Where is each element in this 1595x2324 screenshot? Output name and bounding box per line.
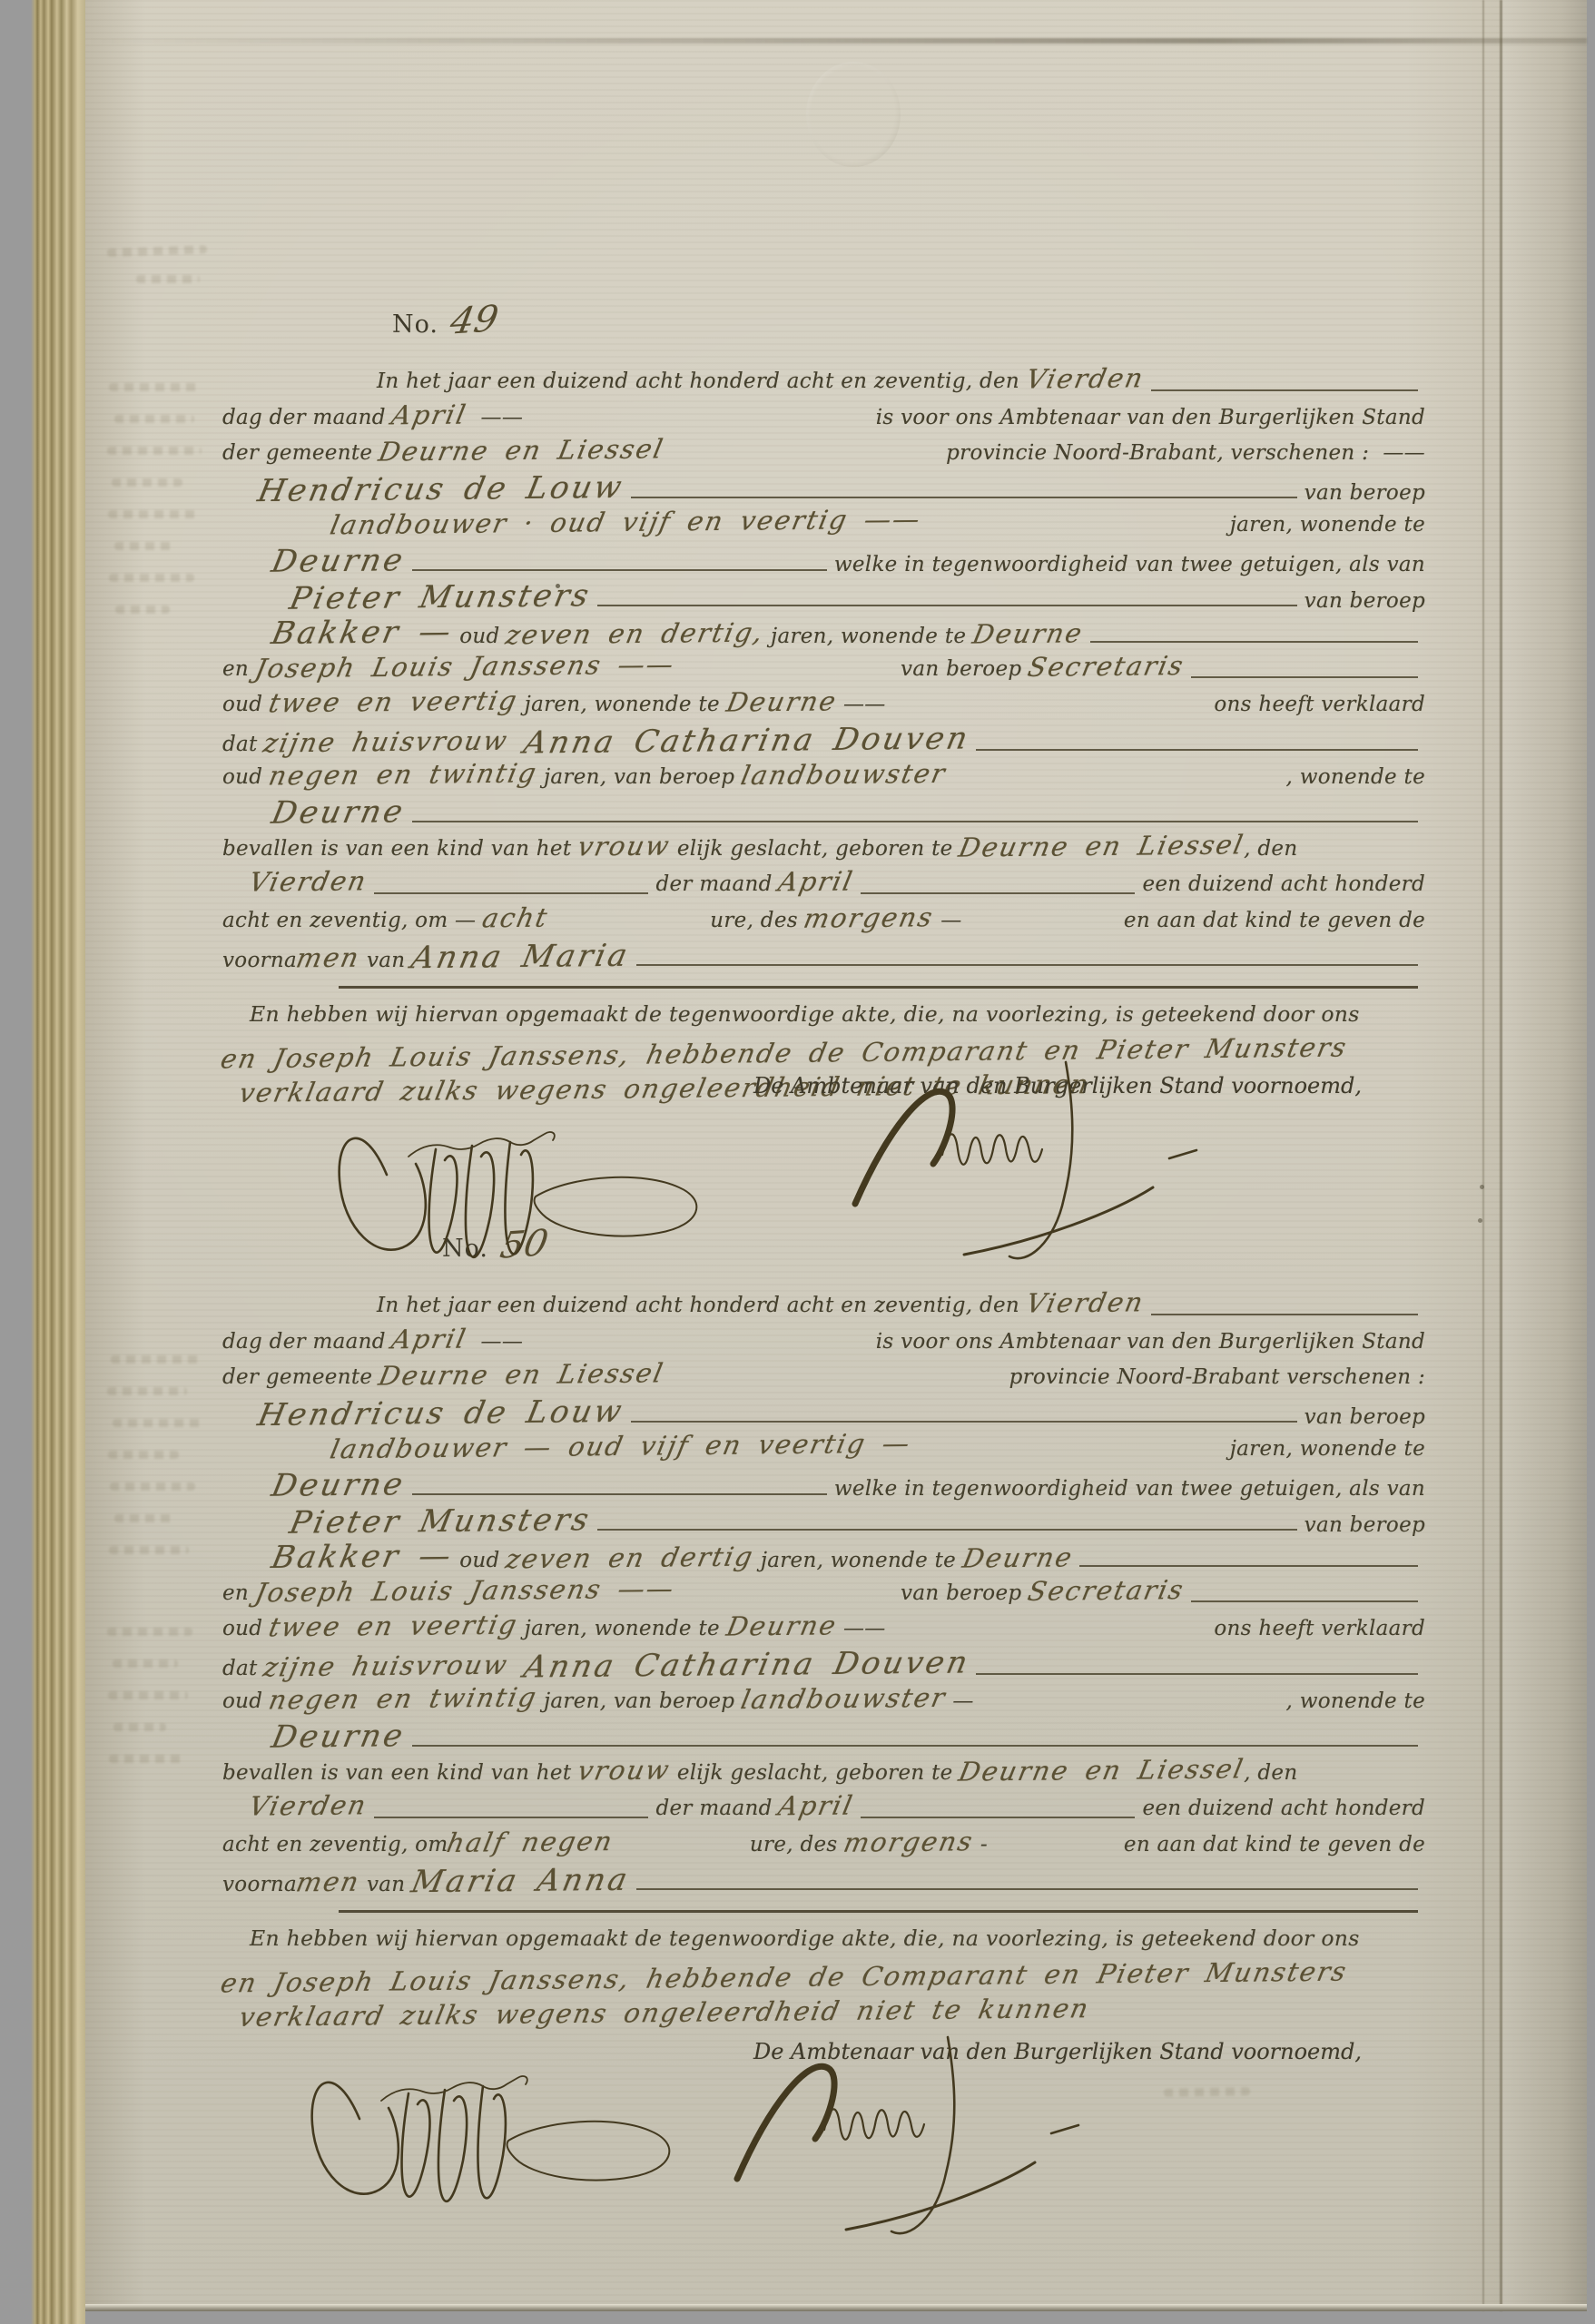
act-line: Vierdender maand Aprileen duizend acht h… [222, 1790, 1425, 1827]
ruled-fill [1090, 639, 1418, 643]
printed-text: voorna [222, 949, 297, 972]
handwritten-text: Deurne [269, 1466, 409, 1504]
act-line: der gemeente Deurne en Liesselprovincie … [222, 435, 1425, 471]
handwritten-text: en Joseph Louis Janssens, hebbende de Co… [218, 1955, 1350, 1998]
handwritten-text: morgens [842, 1826, 977, 1857]
printed-text: , den [1244, 1761, 1297, 1785]
act-line: en Joseph Louis Janssens ——van beroep Se… [222, 1575, 1425, 1611]
act-line: Hendricus de Louwvan beroep [222, 1395, 1425, 1432]
printed-text: van beroep [901, 657, 1029, 681]
handwritten-text: zijne huisvrouw [261, 1649, 527, 1682]
printed-text: van [359, 949, 412, 972]
handwritten-text: Deurne en Liessel [956, 829, 1247, 862]
act-line [331, 978, 1425, 992]
ruled-fill [1191, 1599, 1418, 1602]
handwritten-text: April [776, 866, 857, 898]
printed-text: bevallen is van een kind van het [222, 1761, 578, 1785]
printed-text: jaren, wonende te [1230, 1437, 1425, 1461]
printed-text: der gemeente [222, 1365, 379, 1389]
printed-text: der maand [655, 1797, 779, 1820]
bleed-through-mark [110, 1482, 195, 1491]
ruled-fill [1079, 1563, 1418, 1567]
bleed-through-mark [109, 1546, 189, 1554]
printed-text: en aan dat kind te geven de [1124, 909, 1425, 932]
handwritten-text: men [294, 1866, 363, 1897]
handwritten-text: Deurne [724, 686, 840, 718]
act-line: oud twee en veertig jaren, wonende te De… [222, 686, 1425, 723]
handwritten-text: landbouwster [738, 1681, 949, 1714]
ruled-fill [1151, 1312, 1418, 1315]
handwritten-text: Anna Maria [409, 937, 634, 975]
ruled-fill [339, 984, 1418, 989]
handwritten-text: Deurne en Liessel [956, 1753, 1247, 1787]
handwritten-text: negen en twintig [266, 757, 540, 791]
act-line: oud twee en veertig jaren, wonende te De… [222, 1610, 1425, 1647]
act-line: landbouwer — oud vijf en veertig —jaren,… [222, 1431, 1425, 1467]
ruled-fill [976, 747, 1418, 751]
registrar-signature-act50 [717, 2035, 1180, 2280]
handwritten-text: Deurne [970, 618, 1086, 650]
act-line: dag der maand April —— is voor ons Ambte… [222, 399, 1425, 436]
birth-act-49: No. 49 In het jaar een duizend acht hond… [222, 300, 1425, 1109]
printed-text: jaren, wonende te [517, 693, 726, 716]
handwritten-text: Anna Catharina Douven [520, 1644, 973, 1685]
handwritten-text: Hendricus de Louw [255, 469, 627, 509]
bleed-through-mark [107, 1628, 192, 1636]
printed-text: van beroep [1305, 589, 1425, 613]
printed-text: der gemeente [222, 441, 379, 465]
ruled-fill [861, 1815, 1135, 1818]
printed-text: — [934, 909, 962, 932]
bleed-through-mark [114, 415, 194, 423]
handwritten-text: Secretaris [1025, 1574, 1187, 1607]
printed-text: jaren, wonende te [1230, 513, 1425, 537]
act-number-value: 49 [448, 298, 502, 342]
act-line: voornamen van Anna Maria [222, 939, 1425, 975]
act-line: Hendricus de Louwvan beroep [222, 471, 1425, 507]
ruled-fill [1151, 388, 1418, 391]
handwritten-text: Joseph Louis Janssens —— [252, 648, 678, 684]
printed-text: , wonende te [1286, 765, 1426, 789]
handwritten-text: Deurne [269, 1718, 409, 1756]
printed-text: oud [222, 1689, 270, 1713]
printed-text: , wonende te [1286, 1689, 1426, 1713]
handwritten-text: Hendricus de Louw [255, 1393, 627, 1433]
printed-text: welke in tegenwoordigheid van twee getui… [834, 553, 1425, 576]
printed-text: dag der maand [222, 1330, 392, 1354]
ruled-fill [861, 891, 1135, 894]
printed-text: der maand [655, 872, 779, 896]
printed-text: dag der maand [222, 406, 392, 429]
act-line: dag der maand April —— is voor ons Ambte… [222, 1324, 1425, 1360]
act-number-label: No. [392, 310, 438, 339]
paper-blemish [1478, 1218, 1482, 1223]
printed-text: een duizend acht honderd [1142, 1797, 1425, 1820]
handwritten-text: twee en veertig [266, 1610, 521, 1643]
act-line: oud negen en twintig jaren, van beroep l… [222, 1683, 1425, 1719]
printed-text: —— [467, 1330, 529, 1354]
handwritten-text: Bakker — [269, 1538, 457, 1576]
printed-text: In het jaar een duizend acht honderd ach… [377, 369, 1027, 393]
bleed-through-mark [112, 478, 182, 487]
handwritten-text: Deurne en Liessel [376, 434, 667, 468]
printed-text: ure, des [710, 909, 804, 932]
handwritten-text: Bakker — [269, 614, 457, 652]
handwritten-text: April [776, 1790, 857, 1822]
bleed-through-mark [108, 510, 197, 518]
secretary-signature-act49 [300, 1109, 726, 1300]
act-line [331, 1902, 1425, 1916]
handwritten-text: verklaard zulks wegens ongeleerdheid nie… [237, 1993, 1093, 2033]
bleed-through-mark [107, 1387, 187, 1395]
printed-text: van beroep [1305, 481, 1425, 505]
act-line: bevallen is van een kind van het vrouw e… [222, 1755, 1425, 1791]
printed-text: dat [222, 733, 264, 756]
printed-text: ons heeft verklaard [1214, 1617, 1425, 1640]
printed-text: oud [222, 693, 270, 716]
printed-text: ons heeft verklaard [1214, 693, 1425, 716]
printed-text: oud [222, 1617, 270, 1640]
ruled-fill [412, 567, 827, 571]
handwritten-text: landbouwster [738, 757, 949, 790]
act-line: dat zijne huisvrouw Anna Catharina Douve… [222, 1647, 1425, 1683]
printed-text: jaren, wonende te [753, 1549, 962, 1572]
ruled-fill [412, 1743, 1418, 1747]
printed-text: jaren, van beroep [537, 1689, 742, 1713]
ruled-fill [631, 1419, 1297, 1423]
act-line: In het jaar een duizend acht honderd ach… [222, 363, 1425, 399]
handwritten-text: twee en veertig [266, 685, 521, 719]
handwritten-text: Vierden [1023, 362, 1147, 394]
ruled-fill [1191, 675, 1418, 678]
act-line: landbouwer · oud vijf en veertig ——jaren… [222, 507, 1425, 543]
handwritten-text: Pieter Munsters [287, 577, 595, 616]
ruled-fill [339, 1908, 1418, 1913]
ruled-fill [636, 962, 1418, 966]
handwritten-text: morgens [802, 901, 937, 933]
printed-text: jaren, van beroep [537, 765, 742, 789]
handwritten-text: April [389, 399, 470, 430]
printed-text: —— [836, 693, 885, 716]
printed-text: provincie Noord-Brabant, verschenen : —— [946, 441, 1425, 465]
handwritten-text: zijne huisvrouw [261, 724, 527, 758]
printed-text: jaren, wonende te [517, 1617, 726, 1640]
handwritten-text: acht [479, 902, 551, 934]
printed-text: dat [222, 1657, 264, 1680]
ruled-fill [976, 1671, 1418, 1675]
printed-text: oud [222, 765, 270, 789]
printed-text: , den [1244, 837, 1297, 861]
paper-blemish [1480, 1185, 1484, 1189]
handwritten-text: Pieter Munsters [287, 1502, 595, 1541]
printed-text: En hebben wij hiervan opgemaakt de tegen… [250, 1001, 1360, 1027]
printed-text: — [946, 1689, 974, 1713]
act-line: Pieter Munstersvan beroep [222, 1503, 1425, 1540]
bleed-through-mark [113, 1659, 178, 1668]
handwritten-text: Vierden [246, 1790, 369, 1822]
ruled-fill [412, 1492, 827, 1495]
act-line: Deurnewelke in tegenwoordigheid van twee… [222, 1467, 1425, 1503]
page-top-edge-shadow [85, 38, 1587, 44]
birth-act-50: No. 50 In het jaar een duizend acht hond… [222, 1224, 1425, 2033]
ruled-fill [374, 1815, 648, 1818]
act-line: Deurne [222, 1718, 1425, 1755]
bleed-through-mark [109, 1755, 185, 1763]
bleed-through-mark [136, 275, 200, 283]
act-line: Deurnewelke in tegenwoordigheid van twee… [222, 543, 1425, 579]
handwritten-text: Maria Anna [409, 1861, 634, 1899]
ruled-fill [412, 819, 1418, 822]
printed-text: provincie Noord-Brabant verschenen : [1009, 1365, 1425, 1389]
printed-text: is voor ons Ambtenaar van den Burgerlijk… [876, 1330, 1425, 1354]
act-line: dat zijne huisvrouw Anna Catharina Douve… [222, 723, 1425, 759]
bleed-through-mark [109, 574, 194, 582]
ruled-fill [597, 1527, 1296, 1531]
secretary-signature-act50 [272, 2053, 699, 2244]
handwritten-text: negen en twintig [266, 1681, 540, 1715]
handwritten-text: Deurne en Liessel [376, 1358, 667, 1392]
handwritten-text: Joseph Louis Janssens —— [252, 1572, 678, 1608]
act-line: Bakker — oud zeven en dertig, jaren, won… [222, 615, 1425, 651]
page-bottom-edge-shadow [85, 2304, 1587, 2311]
act-lines: In het jaar een duizend acht honderd ach… [222, 1287, 1425, 2033]
act-line: verklaard zulks wegens ongeleerdheid nie… [222, 1997, 1425, 2033]
bleed-through-mark [108, 1451, 179, 1459]
act-line: acht en zeventig, omhalf negenure, des m… [222, 1827, 1425, 1863]
handwritten-text: vrouw [575, 1754, 673, 1786]
printed-text: van beroep [901, 1581, 1029, 1605]
printed-text: van beroep [1305, 1405, 1425, 1429]
bleed-through-mark [108, 1691, 188, 1699]
printed-text: En hebben wij hiervan opgemaakt de tegen… [250, 1925, 1360, 1951]
act-line: Pieter Munstersvan beroep [222, 579, 1425, 615]
printed-text: elijk geslacht, geboren te [670, 837, 960, 861]
act-line: bevallen is van een kind van het vrouw e… [222, 831, 1425, 867]
act-line: en Joseph Louis Janssens, hebbende de Co… [222, 1962, 1425, 1998]
printed-text: van beroep [1305, 1513, 1425, 1537]
handwritten-text: Deurne [960, 1542, 1076, 1574]
printed-text: voorna [222, 1873, 297, 1896]
act-line: oud negen en twintig jaren, van beroep l… [222, 759, 1425, 795]
printed-text: welke in tegenwoordigheid van twee getui… [834, 1477, 1425, 1501]
printed-text: acht en zeventig, om [222, 1833, 448, 1856]
handwritten-text: zeven en dertig, [503, 617, 767, 651]
printed-text: —— [467, 406, 529, 429]
printed-text: - [973, 1833, 988, 1856]
handwritten-text: landbouwer — oud vijf en veertig — [328, 1428, 914, 1465]
bleed-through-mark [114, 542, 176, 550]
printed-text: en [222, 657, 256, 681]
printed-text: ure, des [750, 1833, 844, 1856]
printed-text: is voor ons Ambtenaar van den Burgerlijk… [876, 406, 1425, 429]
handwritten-text: April [389, 1323, 470, 1354]
handwritten-text: men [294, 941, 363, 973]
registrar-signature-act49 [835, 1060, 1298, 1305]
bleed-through-mark [111, 1355, 200, 1364]
bleed-through-mark [109, 383, 200, 391]
printed-text: en aan dat kind te geven de [1124, 1833, 1425, 1856]
printed-text: elijk geslacht, geboren te [670, 1761, 960, 1785]
page-fold-crease [1482, 0, 1484, 2311]
ruled-fill [631, 495, 1297, 498]
handwritten-text: Deurne [269, 793, 409, 832]
act-number-header: No. 49 [392, 300, 1425, 341]
embossed-seal [806, 62, 901, 167]
printed-text: jaren, wonende te [763, 625, 972, 648]
bleed-through-mark [113, 1723, 166, 1731]
act-line: acht en zeventig, om — achture, des morg… [222, 902, 1425, 939]
printed-text: een duizend acht honderd [1142, 872, 1425, 896]
bleed-through-mark [113, 1419, 205, 1427]
printed-text: —— [836, 1617, 885, 1640]
ruled-fill [374, 891, 648, 894]
handwritten-text: half negen [445, 1826, 617, 1858]
printed-text: oud [453, 625, 507, 648]
handwritten-text: vrouw [575, 830, 673, 862]
bleed-through-mark [115, 606, 170, 614]
handwritten-text: Secretaris [1025, 650, 1187, 683]
printed-text: bevallen is van een kind van het [222, 837, 578, 861]
act-lines: In het jaar een duizend acht honderd ach… [222, 363, 1425, 1109]
handwritten-text: Vierden [246, 866, 369, 898]
act-line: Vierdender maand Aprileen duizend acht h… [222, 866, 1425, 902]
printed-text: en [222, 1581, 256, 1605]
ruled-fill [636, 1886, 1418, 1890]
scanned-register-page: No. 49 In het jaar een duizend acht hond… [0, 0, 1595, 2324]
page-right-curl [1502, 0, 1587, 2311]
printed-text: van [359, 1873, 412, 1896]
handwritten-text: landbouwer · oud vijf en veertig —— [328, 504, 924, 541]
handwritten-text: Deurne [724, 1610, 840, 1642]
bleed-through-mark [107, 447, 202, 455]
bleed-through-mark [114, 1514, 174, 1522]
handwritten-text: zeven en dertig [503, 1541, 756, 1575]
handwritten-text: Anna Catharina Douven [520, 720, 973, 761]
act-line: Bakker — oud zeven en dertig jaren, wone… [222, 1539, 1425, 1575]
act-line: voornamen van Maria Anna [222, 1863, 1425, 1899]
book-page-stack-edge [31, 0, 85, 2324]
ruled-fill [597, 603, 1296, 606]
printed-text: acht en zeventig, om — [222, 909, 483, 932]
printed-text: oud [453, 1549, 507, 1572]
act-line: Deurne [222, 794, 1425, 831]
handwritten-text: Deurne [269, 542, 409, 580]
act-line: der gemeente Deurne en Liesselprovincie … [222, 1359, 1425, 1395]
act-line: en Joseph Louis Janssens ——van beroep Se… [222, 651, 1425, 687]
